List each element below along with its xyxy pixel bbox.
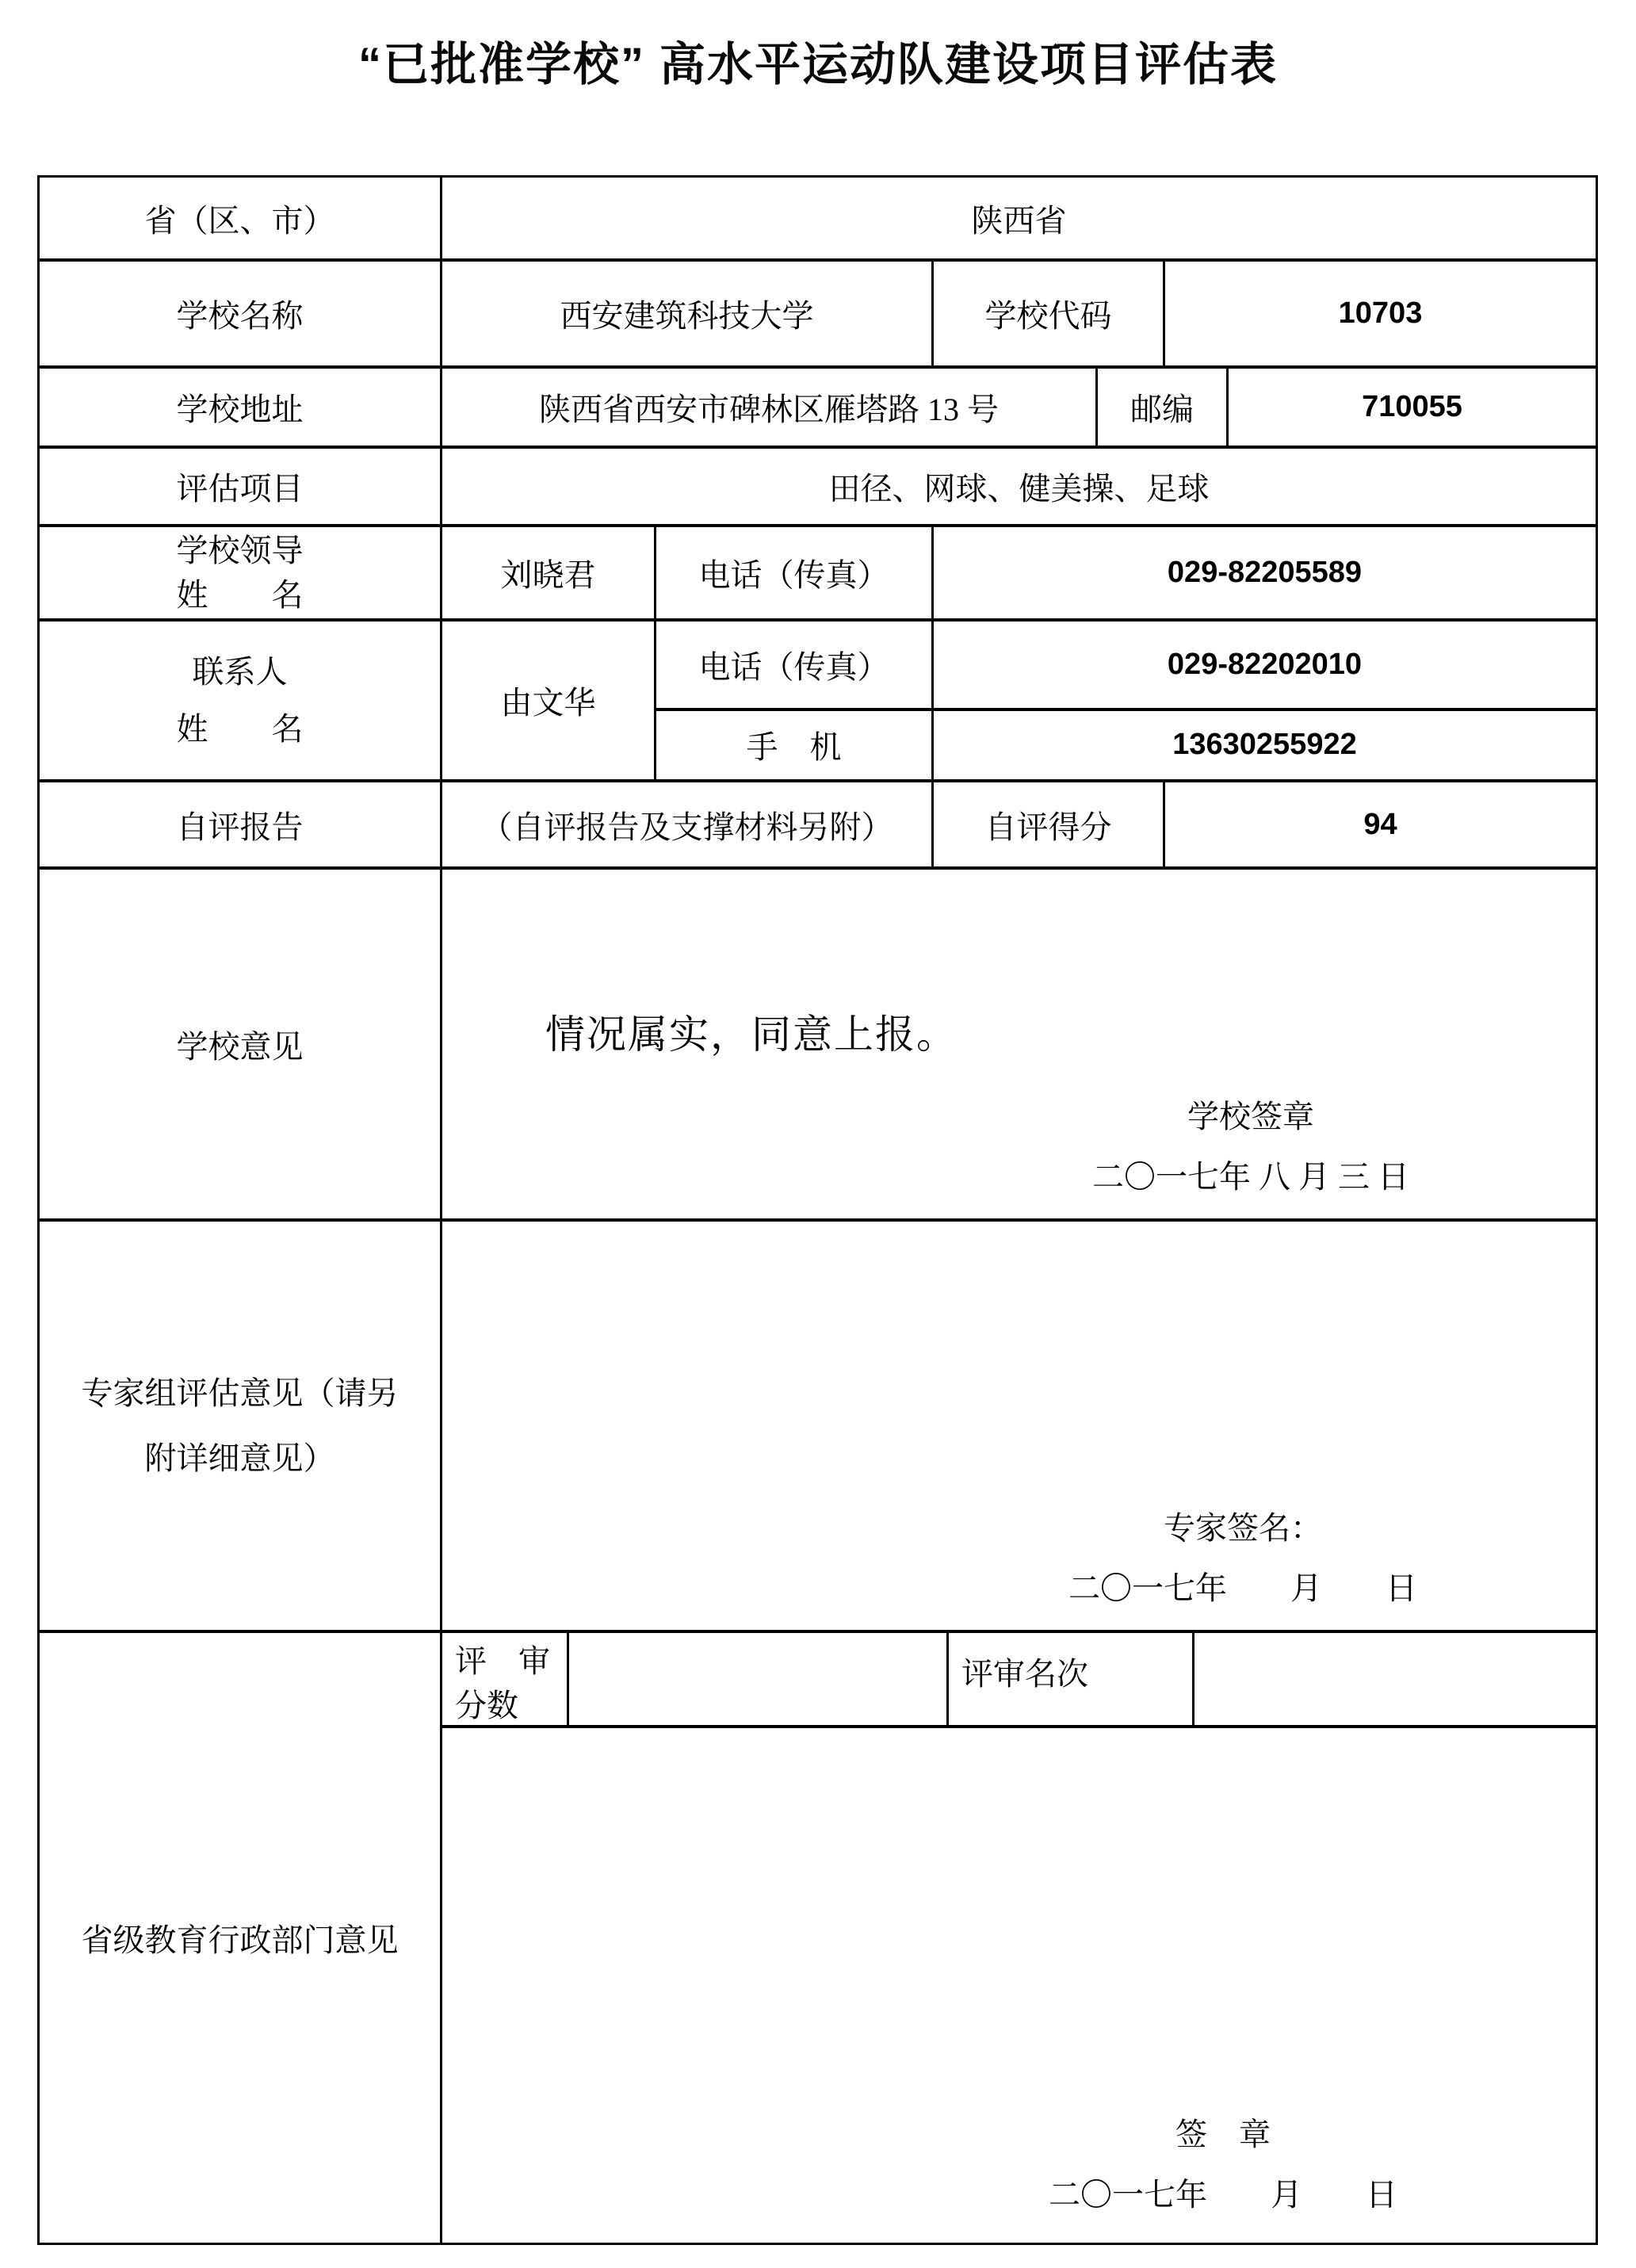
school-sign-date: 二〇一七年 八 月 三 日: [1092, 1147, 1409, 1207]
contact-label-line1: 联系人: [193, 644, 288, 701]
school-code-label: 学校代码: [985, 291, 1112, 336]
leader-phone-value: 029-82205589: [1168, 556, 1362, 590]
self-report-label: 自评报告: [177, 802, 304, 847]
contact-phone-label: 电话（传真）: [699, 642, 889, 687]
projects-label: 评估项目: [177, 464, 304, 509]
evaluation-form-table: 省（区、市） 陕西省 学校名称 西安建筑科技大学 学校代码 10703: [37, 175, 1598, 2245]
self-score-value-cell: 94: [1165, 782, 1596, 866]
contact-label-line2: 姓 名: [177, 701, 304, 758]
expert-opinion-label-line2: 附详细意见）: [145, 1426, 335, 1491]
provincial-signature-cell: 签 章 二〇一七年 月 日: [442, 1728, 1596, 2243]
projects-value: 田径、网球、健美操、足球: [829, 464, 1210, 509]
expert-opinion-content-cell: 专家签名： 二〇一七年 月 日: [442, 1222, 1596, 1630]
school-address-value: 陕西省西安市碑林区雁塔路 13 号: [539, 384, 999, 430]
self-report-note-cell: （自评报告及支撑材料另附）: [442, 782, 934, 866]
expert-sign-date: 二〇一七年 月 日: [1068, 1559, 1417, 1619]
expert-signature-block: 专家签名： 二〇一七年 月 日: [1068, 1498, 1417, 1619]
school-opinion-label: 学校意见: [177, 1022, 304, 1067]
contact-phone-label-cell: 电话（传真）: [656, 622, 934, 708]
school-opinion-label-cell: 学校意见: [40, 870, 442, 1218]
provincial-signature-row: 签 章 二〇一七年 月 日: [442, 1728, 1596, 2243]
review-score-label-cell: 评 审 分数: [442, 1633, 569, 1725]
contact-label-cell: 联系人 姓 名: [40, 622, 442, 779]
postcode-value-cell: 710055: [1229, 369, 1596, 446]
postcode-value: 710055: [1362, 390, 1462, 424]
review-rank-label-cell: 评审名次: [949, 1633, 1195, 1725]
row-expert-opinion: 专家组评估意见（请另 附详细意见） 专家签名： 二〇一七年 月 日: [40, 1222, 1596, 1633]
review-score-value-cell: [569, 1633, 949, 1725]
row-projects: 评估项目 田径、网球、健美操、足球: [40, 449, 1596, 527]
contact-name: 由文华: [501, 678, 596, 723]
row-provincial-opinion: 省级教育行政部门意见 评 审 分数 评审名次: [40, 1633, 1596, 2243]
contact-phone-value: 029-82202010: [1168, 648, 1362, 682]
review-rank-label: 评审名次: [961, 1649, 1088, 1694]
row-leader: 学校领导 姓 名 刘晓君 电话（传真） 029-82205589: [40, 527, 1596, 622]
school-name-value-cell: 西安建筑科技大学: [442, 262, 934, 365]
province-value: 陕西省: [972, 196, 1067, 241]
province-label-cell: 省（区、市）: [40, 178, 442, 258]
school-address-value-cell: 陕西省西安市碑林区雁塔路 13 号: [442, 369, 1098, 446]
provincial-signature-block: 签 章 二〇一七年 月 日: [1049, 2105, 1397, 2225]
leader-label-line1: 学校领导: [177, 529, 304, 573]
expert-opinion-label-cell: 专家组评估意见（请另 附详细意见）: [40, 1222, 442, 1630]
provincial-opinion-label: 省级教育行政部门意见: [82, 1915, 399, 1960]
contact-mobile-value-cell: 13630255922: [934, 711, 1596, 779]
contact-phone-row: 电话（传真） 029-82202010: [656, 622, 1596, 711]
provincial-opinion-stack: 评 审 分数 评审名次 签 章: [442, 1633, 1596, 2243]
row-school-opinion: 学校意见 情况属实，同意上报。 学校签章 二〇一七年 八 月 三 日: [40, 870, 1596, 1222]
leader-label-cell: 学校领导 姓 名: [40, 527, 442, 618]
school-code-value: 10703: [1339, 296, 1423, 331]
contact-mobile-label-cell: 手 机: [656, 711, 934, 779]
review-score-row: 评 审 分数 评审名次: [442, 1633, 1596, 1728]
school-opinion-signature-block: 学校签章 二〇一七年 八 月 三 日: [1092, 1087, 1409, 1207]
leader-label-line2: 姓 名: [177, 573, 304, 618]
contact-mobile-row: 手 机 13630255922: [656, 711, 1596, 779]
school-opinion-content: 情况属实，同意上报。: [545, 1003, 1596, 1060]
contact-name-cell: 由文华: [442, 622, 656, 779]
school-name-value: 西安建筑科技大学: [560, 291, 814, 336]
leader-phone-label-cell: 电话（传真）: [656, 527, 934, 618]
self-score-label-cell: 自评得分: [934, 782, 1165, 866]
row-school-name: 学校名称 西安建筑科技大学 学校代码 10703: [40, 262, 1596, 369]
row-self-report: 自评报告 （自评报告及支撑材料另附） 自评得分 94: [40, 782, 1596, 870]
leader-phone-label: 电话（传真）: [699, 550, 889, 595]
row-contact: 联系人 姓 名 由文华 电话（传真） 029-82202010 手 机: [40, 622, 1596, 782]
leader-phone-value-cell: 029-82205589: [934, 527, 1596, 618]
postcode-label-cell: 邮编: [1098, 369, 1229, 446]
school-name-label-cell: 学校名称: [40, 262, 442, 365]
school-sign-label: 学校签章: [1092, 1087, 1409, 1147]
self-report-label-cell: 自评报告: [40, 782, 442, 866]
document-page: “已批准学校” 高水平运动队建设项目评估表 省（区、市） 陕西省 学校名称 西安…: [0, 0, 1636, 2268]
contact-phones-stack: 电话（传真） 029-82202010 手 机 13630255922: [656, 622, 1596, 779]
provincial-sign-date: 二〇一七年 月 日: [1049, 2165, 1397, 2225]
self-score-label: 自评得分: [985, 802, 1112, 847]
leader-name-cell: 刘晓君: [442, 527, 656, 618]
projects-value-cell: 田径、网球、健美操、足球: [442, 449, 1596, 524]
leader-name: 刘晓君: [501, 550, 596, 595]
row-school-address: 学校地址 陕西省西安市碑林区雁塔路 13 号 邮编 710055: [40, 369, 1596, 449]
school-code-value-cell: 10703: [1165, 262, 1596, 365]
row-province: 省（区、市） 陕西省: [40, 178, 1596, 262]
self-report-note: （自评报告及支撑材料另附）: [481, 802, 893, 847]
projects-label-cell: 评估项目: [40, 449, 442, 524]
review-score-label-line2: 分数: [455, 1684, 518, 1725]
provincial-opinion-label-cell: 省级教育行政部门意见: [40, 1633, 442, 2243]
province-value-cell: 陕西省: [442, 178, 1596, 258]
school-name-label: 学校名称: [177, 291, 304, 336]
expert-sign-label: 专家签名：: [1068, 1498, 1417, 1559]
provincial-sign-label: 签 章: [1049, 2105, 1397, 2165]
contact-phone-value-cell: 029-82202010: [934, 622, 1596, 708]
contact-mobile-value: 13630255922: [1172, 728, 1356, 762]
postcode-label: 邮编: [1130, 384, 1194, 430]
expert-opinion-label-line1: 专家组评估意见（请另: [82, 1361, 399, 1426]
page-title: “已批准学校” 高水平运动队建设项目评估表: [0, 27, 1636, 94]
contact-mobile-label: 手 机: [747, 722, 842, 767]
self-score-value: 94: [1363, 808, 1397, 842]
school-opinion-content-cell: 情况属实，同意上报。 学校签章 二〇一七年 八 月 三 日: [442, 870, 1596, 1218]
school-address-label-cell: 学校地址: [40, 369, 442, 446]
school-code-label-cell: 学校代码: [934, 262, 1165, 365]
school-address-label: 学校地址: [177, 384, 304, 430]
review-score-label-line1: 评 审: [455, 1639, 550, 1684]
province-label: 省（区、市）: [145, 196, 335, 241]
review-rank-value-cell: [1195, 1633, 1596, 1725]
